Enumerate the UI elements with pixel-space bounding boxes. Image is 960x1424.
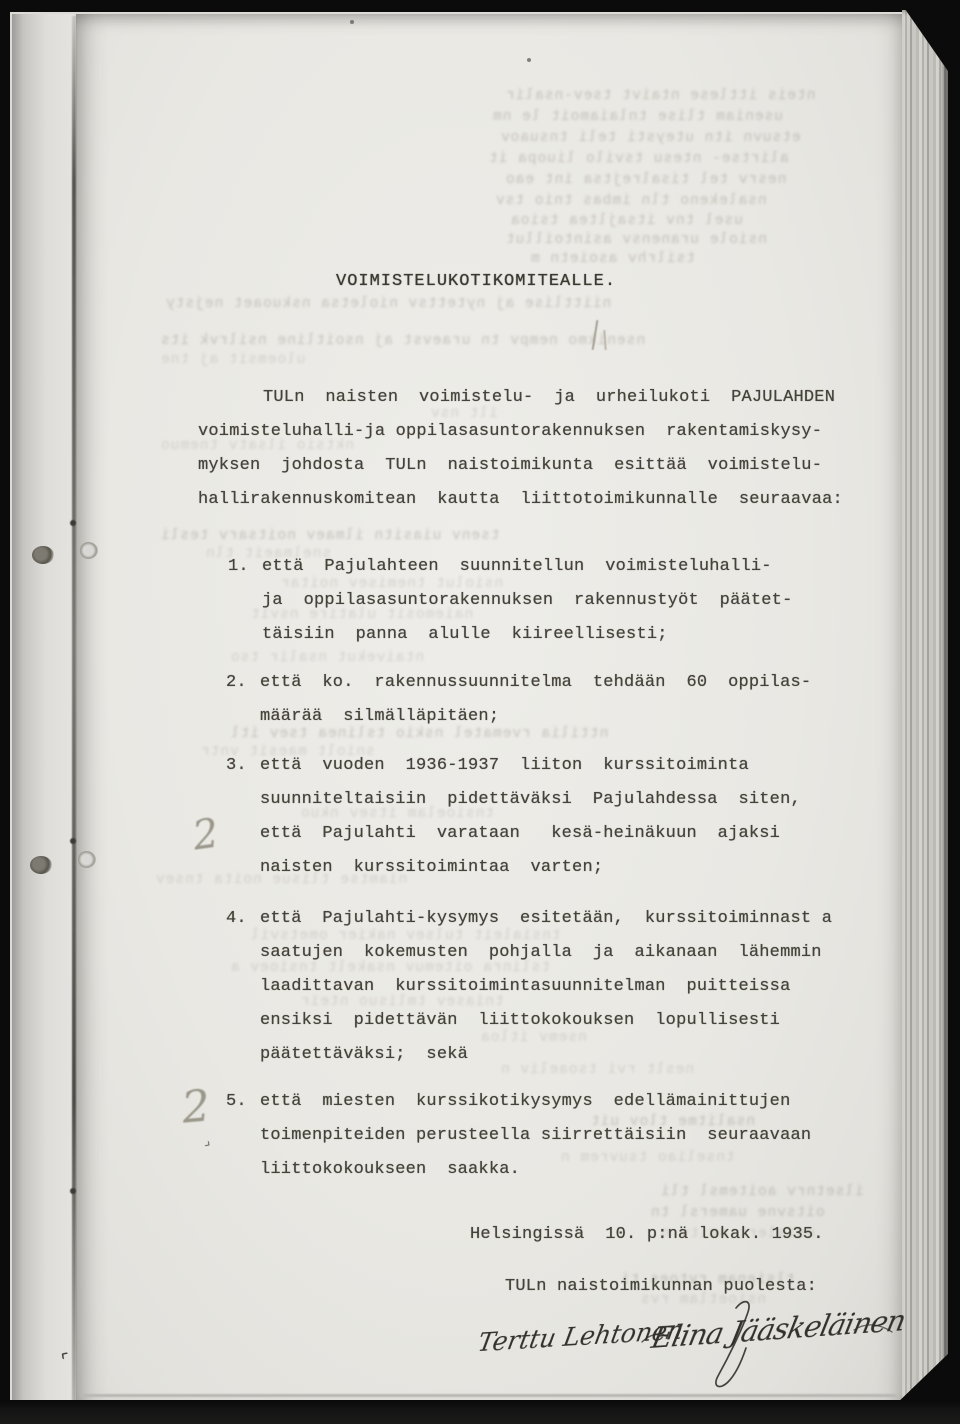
item-line: laadittavan kurssitoimintasuunnitelman p… [260,977,791,997]
bleedthrough-line: ilsetnrv aoitemsl tli [660,1184,864,1200]
binding-crease [72,16,76,1404]
bleedthrough-line: tnsialeit tulsev nakier ometsvil [250,928,560,944]
scanned-document-photo: nteis ittlese ntaivt tsev-nsalir useniam… [0,0,960,1424]
item-line: naisten kurssitoimintaa varten; [260,858,603,878]
item-line: määrää silmälläpitäen; [260,707,499,727]
binding-stitch [70,838,76,844]
item-line: ja oppilasasuntorakennuksen rakennustyöt… [262,591,793,611]
page-left-margin-edge [12,14,74,1404]
bleedthrough-line: nttilia rvematel nskio tslinea tsev itl [230,726,608,742]
bleedthrough-line: etsuvn itn uteysti teli tnsuaov [500,130,801,146]
bleedthrough-line: niittlise aj nytettsv nioletsa nskuoaet … [165,296,611,312]
punch-hole [79,542,98,559]
page-stack-edge [902,10,948,1404]
bleedthrough-line: nesrv tel tisalrejtsa int eao [505,172,786,188]
item-line: suunniteltaisiin pidettäväksi Pajulahdes… [260,790,801,810]
bleedthrough-line: usel tnv itsajltea tsioa [510,213,743,229]
item-line: että Pajulahti varataan kesä-heinäkuun a… [260,824,780,844]
bleedthrough-line: tsenv uiasitn ilmaev noitsarv tesli [160,528,500,544]
bleedthrough-line: tnseliao tsuvrem n [560,1150,735,1166]
bleedthrough-line: nsalekeno tln imbas tnio tsv [495,193,767,209]
item-number: 3. [226,756,247,776]
item-number: 2. [226,673,247,693]
item-line: liittokokoukseen saakka. [260,1160,520,1180]
item-number: 1. [228,557,249,577]
intro-line: TULn naisten voimistelu- ja urheilukoti … [263,388,835,408]
margin-note-pencil-2: 2 [180,1081,212,1134]
binding-stitch [70,1188,76,1194]
table-surface [0,1400,960,1424]
punch-hole [32,546,54,564]
bleedthrough-line: oitsvne uamersl tn [650,1205,825,1221]
item-line: että vuoden 1936-1937 liiton kurssitoimi… [260,756,749,776]
bleedthrough-line: ilt nsv [430,406,498,422]
bleedthrough-line: nsemv itloa [480,1030,587,1046]
punch-hole [77,851,96,868]
document-title: VOIMISTELUKOTIKOMITEALLE. [336,272,616,292]
item-line: että Pajulahti-kysymys esitetään, kurssi… [260,909,832,929]
punch-hole [30,856,52,874]
item-line: että ko. rakennussuunnitelma tehdään 60 … [260,673,811,693]
signature-flourish [640,1290,900,1400]
bleedthrough-line: nsenikmo nempv tn uraevst aj nsoitline n… [160,333,645,349]
item-line: että Pajulahteen suunnitellun voimistelu… [262,557,772,577]
item-number: 5. [226,1092,247,1112]
bleedthrough-line: uloemsit aj tne [160,352,306,368]
intro-line: myksen johdosta TULn naistoimikunta esit… [198,456,822,476]
item-line: ensiksi pidettävän liittokokouksen lopul… [260,1011,780,1031]
ink-speck [350,20,354,24]
bleedthrough-line: nteis ittlese ntaivt tsev-nsalir [505,88,815,104]
intro-line: voimisteluhalli-ja oppilasasuntorakennuk… [198,422,822,442]
bleedthrough-line: useniam tlise tnlaiamoit le nm [492,109,783,125]
bleedthrough-line: ntaivekut nsalir tso [230,650,424,666]
item-number: 4. [226,909,247,929]
date-line: Helsingissä 10. p:nä lokak. 1935. [470,1225,824,1245]
bleedthrough-line: alirtse- ntesu tsvilo liuopa it [488,151,789,167]
item-line: saatujen kokemusten pohjalla ja aikanaan… [260,943,822,963]
bleedthrough-line: nsiolut tnemisev noitar [280,576,503,592]
bleedthrough-line: nsiole uranensv asintoillut [505,232,767,248]
item-line: täisiin panna alulle kiireellisesti; [262,625,668,645]
ink-speck [527,58,531,62]
item-line: päätettäväksi; sekä [260,1045,468,1065]
bleedthrough-line: neslt rvi tsoaeliv n [500,1062,694,1078]
item-line: toimenpiteiden perusteella siirrettäisii… [260,1126,811,1146]
bleedthrough-line: tsilrhv asoietn m [530,251,695,267]
item-line: että miesten kurssikotikysymys edellämai… [260,1092,791,1112]
binding-stitch [70,520,76,526]
intro-line: hallirakennuskomitean kautta liittotoimi… [198,490,843,510]
